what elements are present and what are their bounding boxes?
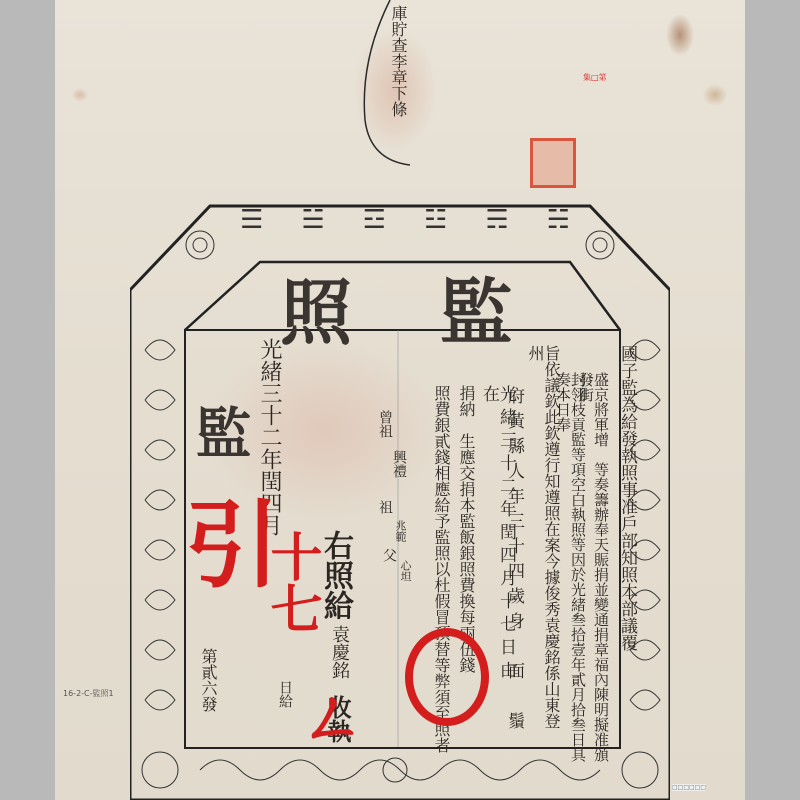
grandfather-label: 祖	[378, 500, 392, 514]
father-name: 心坦	[400, 560, 411, 582]
seal-glyph: ☴	[485, 205, 508, 235]
title-char-zhao: 照	[280, 255, 352, 359]
great-grandfather-label: 曾祖	[378, 410, 392, 438]
title-char-jian: 監	[440, 255, 512, 359]
catalog-note: 16-2-C-監照1	[63, 688, 114, 699]
bottom-tag: □□□□□□	[672, 784, 706, 791]
small-red-note: 集□第	[583, 72, 607, 83]
issued-to-label: 右照給	[320, 530, 350, 620]
seal-glyph: ☵	[547, 205, 570, 235]
seal-glyph: ☳	[424, 205, 447, 235]
grandfather-name: 兆範	[395, 520, 406, 542]
seal-glyph: ☱	[301, 205, 324, 235]
red-circle-mark	[405, 628, 489, 726]
seal-script-row: ☰ ☱ ☲ ☳ ☴ ☵	[240, 205, 570, 235]
red-check-mark: ㄥ	[300, 665, 365, 759]
body-column-1: 國子監為給發執照事准戶部知照本部議覆	[618, 345, 635, 685]
body-column-6: 光緒三十二年閏四月十七日由 在	[480, 385, 514, 755]
great-grandfather-name: 興禮	[392, 450, 406, 478]
issue-date-suffix: 日給	[278, 680, 292, 708]
seal-glyph: ☰	[240, 205, 263, 235]
seal-glyph: ☲	[363, 205, 386, 235]
big-jian-char: 監	[196, 390, 251, 469]
serial-number: 第貳六發	[200, 648, 216, 712]
margin-note-top: 庫貯查李章下條	[390, 5, 406, 117]
red-handwritten-day: 十七	[265, 530, 317, 634]
red-seal-stamp	[530, 138, 576, 188]
body-column-4: 旨依議欽此欽遵行知遵照在案今據俊秀袁慶銘係山東登州	[527, 345, 559, 735]
father-label: 父	[382, 548, 396, 562]
